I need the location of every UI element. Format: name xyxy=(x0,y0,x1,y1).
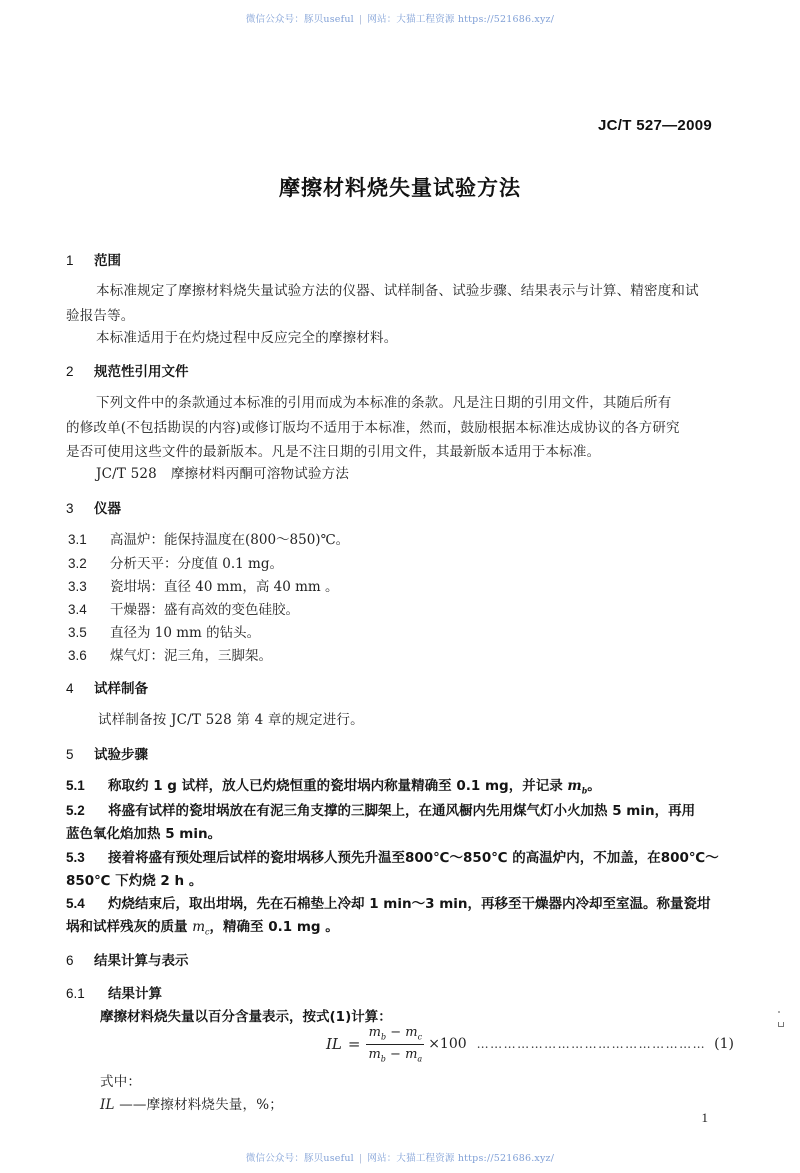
where-label: 式中： xyxy=(100,1070,141,1090)
variable: m xyxy=(567,778,581,794)
step-number: 5.3 xyxy=(66,850,108,865)
watermark-site: 网站：大猫工程资源 https://521686.xyz/ xyxy=(367,1153,554,1164)
section-3-heading: 3仪器 xyxy=(66,497,121,517)
procedure-step-5-2-line-2: 蓝色氧化焰加热 5 min。 xyxy=(66,822,221,842)
step-number: 5.4 xyxy=(66,896,108,911)
item-text: 瓷坩埚：直径 40 mm，高 40 mm 。 xyxy=(110,579,339,595)
item-number: 3.2 xyxy=(68,556,110,571)
watermark-separator: | xyxy=(359,14,362,25)
item-number: 3.1 xyxy=(68,532,110,547)
formula-equals: = xyxy=(348,1035,361,1053)
reference-title: 摩擦材料丙酮可溶物试验方法 xyxy=(171,466,349,482)
section-6-heading: 6结果计算与表示 xyxy=(66,949,189,969)
formula-denominator: mb − ma xyxy=(366,1047,424,1064)
watermark-bottom: 微信公众号：豚贝useful|网站：大猫工程资源 https://521686.… xyxy=(0,1150,800,1164)
section-number: 1 xyxy=(66,253,94,268)
procedure-step-5-4-line-2: 埚和试样残灰的质量 mc，精确至 0.1 mg 。 xyxy=(66,915,339,937)
formula-numerator: mb − mc xyxy=(367,1025,424,1042)
margin-mark-icon xyxy=(778,1022,784,1027)
step-text: 埚和试样残灰的质量 xyxy=(66,919,192,935)
minus: − xyxy=(386,1025,405,1040)
apparatus-item: 3.5直径为 10 mm 的钻头。 xyxy=(68,621,260,641)
fraction-bar xyxy=(366,1044,424,1045)
normative-reference: JC/T 528摩擦材料丙酮可溶物试验方法 xyxy=(96,462,349,482)
item-text: 煤气灯：泥三角，三脚架。 xyxy=(110,648,272,664)
item-number: 3.3 xyxy=(68,579,110,594)
section-title: 范围 xyxy=(94,253,121,269)
item-text: 分析天平：分度值 0.1 mg。 xyxy=(110,556,283,572)
definition-text: 摩擦材料烧失量，%； xyxy=(147,1097,283,1113)
procedure-step-5-3-line-2: 850℃ 下灼烧 2 h 。 xyxy=(66,869,202,889)
formula-leader-dots: …………………………………………… xyxy=(477,1037,707,1051)
section-title: 试验步骤 xyxy=(94,747,148,763)
section-4-paragraph: 试样制备按 JC/T 528 第 4 章的规定进行。 xyxy=(98,708,364,728)
section-number: 5 xyxy=(66,747,94,762)
item-text: 高温炉：能保持温度在(800～850)℃。 xyxy=(110,532,349,548)
watermark-top: 微信公众号：豚贝useful|网站：大猫工程资源 https://521686.… xyxy=(0,11,800,25)
item-text: 干燥器：盛有高效的变色硅胶。 xyxy=(110,602,299,618)
step-number: 5.1 xyxy=(66,778,108,793)
item-number: 3.5 xyxy=(68,625,110,640)
section-1-paragraph-2: 本标准适用于在灼烧过程中反应完全的摩擦材料。 xyxy=(96,326,397,346)
sub: c xyxy=(418,1033,422,1042)
section-5-heading: 5试验步骤 xyxy=(66,743,148,763)
section-2-paragraph-line-2: 的修改单(不包括勘误的内容)或修订版均不适用于本标准，然而，鼓励根据本标准达成协… xyxy=(66,416,680,436)
var: m xyxy=(369,1025,381,1040)
section-title: 仪器 xyxy=(94,501,121,517)
step-text-tail: ，精确至 0.1 mg 。 xyxy=(210,919,339,935)
section-number: 3 xyxy=(66,501,94,516)
item-text: 直径为 10 mm 的钻头。 xyxy=(110,625,260,641)
section-number: 4 xyxy=(66,681,94,696)
apparatus-item: 3.2分析天平：分度值 0.1 mg。 xyxy=(68,552,283,572)
reference-code: JC/T 528 xyxy=(96,466,157,482)
sub: a xyxy=(417,1054,422,1063)
formula-lhs: IL xyxy=(326,1035,342,1053)
step-text: 灼烧结束后，取出坩埚，先在石棉垫上冷却 1 min～3 min，再移至干燥器内冷… xyxy=(108,896,711,912)
calculation-intro: 摩擦材料烧失量以百分含量表示，按式(1)计算： xyxy=(100,1005,392,1025)
section-2-heading: 2规范性引用文件 xyxy=(66,360,189,380)
apparatus-item: 3.4干燥器：盛有高效的变色硅胶。 xyxy=(68,598,299,618)
step-text-tail: 。 xyxy=(587,778,601,794)
var: m xyxy=(405,1025,417,1040)
formula-multiplier: ×100 xyxy=(428,1036,466,1052)
item-number: 3.4 xyxy=(68,602,110,617)
section-4-heading: 4试样制备 xyxy=(66,677,148,697)
procedure-step-5-4-line-1: 5.4灼烧结束后，取出坩埚，先在石棉垫上冷却 1 min～3 min，再移至干燥… xyxy=(66,892,711,912)
procedure-step-5-3-line-1: 5.3接着将盛有预处理后试样的瓷坩埚移人预先升温至800℃～850℃ 的高温炉内… xyxy=(66,846,719,866)
minus: − xyxy=(386,1047,405,1062)
var: m xyxy=(368,1047,380,1062)
section-title: 结果计算与表示 xyxy=(94,953,189,969)
page-number: 1 xyxy=(702,1110,709,1126)
section-title: 规范性引用文件 xyxy=(94,364,189,380)
item-number: 3.6 xyxy=(68,648,110,663)
section-1-heading: 1范围 xyxy=(66,249,121,269)
subsection-title: 结果计算 xyxy=(108,986,162,1002)
symbol-definition: IL ——摩擦材料烧失量，%； xyxy=(100,1093,283,1113)
formula-1: IL = mb − mc mb − ma ×100 ……………………………………… xyxy=(326,1025,734,1063)
section-number: 2 xyxy=(66,364,94,379)
apparatus-item: 3.3瓷坩埚：直径 40 mm，高 40 mm 。 xyxy=(68,575,339,595)
equation-number: (1) xyxy=(714,1036,734,1052)
step-text: 称取约 1 g 试样，放人已灼烧恒重的瓷坩埚内称量精确至 0.1 mg，并记录 xyxy=(108,778,567,794)
section-1-paragraph-line-1: 本标准规定了摩擦材料烧失量试验方法的仪器、试样制备、试验步骤、结果表示与计算、精… xyxy=(96,279,699,299)
subsection-number: 6.1 xyxy=(66,986,108,1001)
variable: m xyxy=(192,919,205,935)
section-2-paragraph-line-3: 是否可使用这些文件的最新版本。凡是不注日期的引用文件，其最新版本适用于本标准。 xyxy=(66,440,600,460)
apparatus-item: 3.1高温炉：能保持温度在(800～850)℃。 xyxy=(68,528,349,548)
formula-fraction: mb − mc mb − ma xyxy=(366,1025,424,1063)
step-number: 5.2 xyxy=(66,803,108,818)
watermark-separator: | xyxy=(359,1153,362,1164)
standard-code: JC/T 527—2009 xyxy=(598,117,712,134)
document-title: 摩擦材料烧失量试验方法 xyxy=(0,172,800,202)
subsection-6-1-heading: 6.1结果计算 xyxy=(66,982,162,1002)
symbol: IL xyxy=(100,1097,115,1113)
step-text: 接着将盛有预处理后试样的瓷坩埚移人预先升温至800℃～850℃ 的高温炉内，不加… xyxy=(108,850,719,866)
section-1-paragraph-line-2: 验报告等。 xyxy=(66,304,135,324)
procedure-step-5-1: 5.1称取约 1 g 试样，放人已灼烧恒重的瓷坩埚内称量精确至 0.1 mg，并… xyxy=(66,774,601,796)
apparatus-item: 3.6煤气灯：泥三角，三脚架。 xyxy=(68,644,272,664)
scan-artifact-dot xyxy=(778,1011,780,1013)
watermark-wechat: 微信公众号：豚贝useful xyxy=(246,14,354,25)
section-2-paragraph-line-1: 下列文件中的条款通过本标准的引用而成为本标准的条款。凡是注日期的引用文件，其随后… xyxy=(96,391,671,411)
definition-dash: —— xyxy=(115,1097,147,1113)
section-number: 6 xyxy=(66,953,94,968)
step-text: 将盛有试样的瓷坩埚放在有泥三角支撑的三脚架上，在通风橱内先用煤气灯小火加热 5 … xyxy=(108,803,695,819)
section-title: 试样制备 xyxy=(94,681,148,697)
procedure-step-5-2-line-1: 5.2将盛有试样的瓷坩埚放在有泥三角支撑的三脚架上，在通风橱内先用煤气灯小火加热… xyxy=(66,799,695,819)
watermark-wechat: 微信公众号：豚贝useful xyxy=(246,1153,354,1164)
watermark-site: 网站：大猫工程资源 https://521686.xyz/ xyxy=(367,14,554,25)
var: m xyxy=(405,1047,417,1062)
